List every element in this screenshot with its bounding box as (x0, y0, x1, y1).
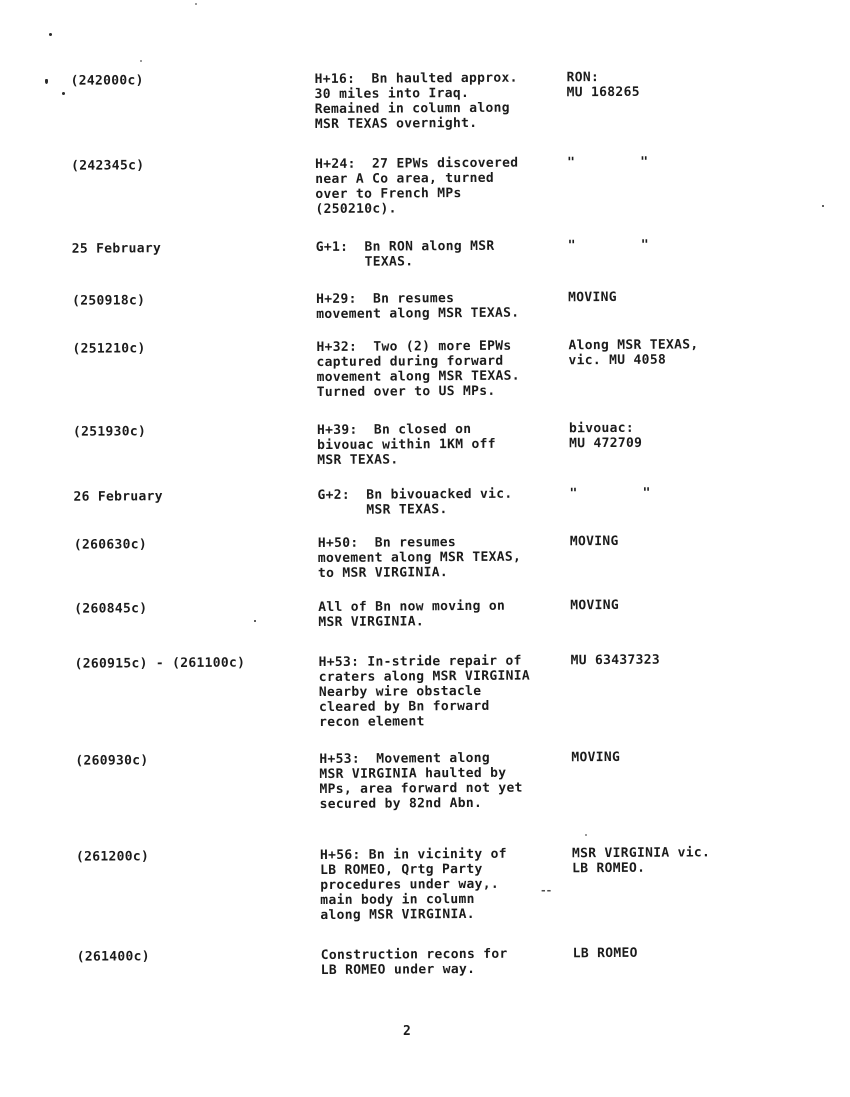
location-status: LB ROMEO (573, 946, 638, 961)
event-description-line: H+29: Bn resumes (316, 291, 519, 307)
event-description-line: along MSR VIRGINIA. (320, 907, 507, 923)
stray-pencil-mark: -- (540, 883, 551, 898)
location-status: MOVING (571, 750, 620, 765)
event-description-line: H+16: Bn haulted approx. (315, 71, 518, 87)
log-row: (260930c)H+53: Movement alongMSR VIRGINI… (5, 748, 850, 754)
event-description: H+39: Bn closed onbivouac within 1KM off… (317, 422, 496, 468)
location-status: Along MSR TEXAS,vic. MU 4058 (568, 337, 698, 368)
location-status: MOVING (568, 290, 617, 305)
event-description-line: to MSR VIRGINIA. (318, 565, 521, 581)
event-description-line: Construction recons for (321, 947, 508, 963)
timestamp-label: (260930c) (75, 753, 148, 769)
event-description-line: movement along MSR TEXAS, (318, 550, 521, 566)
location-status: " " (569, 486, 650, 502)
scan-speckle (62, 92, 65, 95)
location-status-line: MU 472709 (569, 436, 642, 452)
location-status-line: MOVING (571, 750, 620, 765)
event-description: H+32: Two (2) more EPWscaptured during f… (316, 339, 520, 400)
event-description-line: movement along MSR TEXAS. (317, 369, 520, 385)
timestamp-label: (260630c) (74, 537, 147, 553)
event-description-line: MSR VIRGINIA. (318, 614, 505, 630)
log-row: (260915c) - (261100c)H+53: In-stride rep… (5, 651, 850, 657)
location-status-line: LB ROMEO. (572, 860, 710, 876)
event-description-line: G+1: Bn RON along MSR (316, 239, 495, 255)
event-description: H+53: Movement alongMSR VIRGINIA haulted… (319, 751, 523, 812)
scan-speckle (195, 3, 197, 5)
event-description-line: H+50: Bn resumes (318, 535, 521, 551)
event-description-line: Turned over to US MPs. (317, 384, 520, 400)
log-row: (242345c)H+24: 27 EPWs discoverednear A … (1, 153, 850, 159)
scan-speckle (822, 205, 824, 207)
event-description-line: LB ROMEO under way. (321, 962, 508, 978)
location-status-line: MSR VIRGINIA vic. (572, 845, 710, 861)
timestamp-label: (260915c) - (261100c) (75, 656, 246, 672)
event-description-line: recon element (319, 714, 530, 730)
event-description-line: cleared by Bn forward (319, 699, 530, 715)
page-number: 2 (403, 1024, 411, 1039)
log-entries: (242000c)H+16: Bn haulted approx.30 mile… (0, 0, 850, 1097)
event-description-line: MSR VIRGINIA haulted by (319, 766, 522, 782)
event-description: H+56: Bn in vicinity ofLB ROMEO, Qrtg Pa… (320, 847, 507, 923)
location-status-line: MOVING (570, 534, 619, 549)
ditto-marks: " " (568, 238, 649, 254)
event-description-line: LB ROMEO, Qrtg Party (320, 862, 507, 878)
timestamp-label: (250918c) (72, 293, 145, 309)
event-description-line: H+39: Bn closed on (317, 422, 496, 438)
log-row: (261400c)Construction recons forLB ROMEO… (7, 944, 850, 950)
location-status-line: MU 168265 (567, 85, 640, 101)
location-status: RON:MU 168265 (566, 70, 639, 101)
log-row: 26 FebruaryG+2: Bn bivouacked vic. MSR T… (3, 484, 850, 490)
event-description-line: H+53: Movement along (319, 751, 522, 767)
timestamp-label: (251930c) (73, 424, 146, 440)
ditto-marks: " " (567, 155, 648, 171)
log-row: (261200c)H+56: Bn in vicinity ofLB ROMEO… (6, 844, 850, 850)
ditto-marks: " " (569, 486, 650, 502)
timestamp-label: (242345c) (71, 158, 144, 174)
location-status-line: vic. MU 4058 (568, 352, 698, 368)
timestamp-label: (261400c) (77, 949, 150, 965)
location-status-line: RON: (566, 70, 639, 86)
log-row: (260845c)All of Bn now moving onMSR VIRG… (4, 596, 850, 602)
event-description: G+1: Bn RON along MSR TEXAS. (316, 239, 495, 270)
log-row: (251930c)H+39: Bn closed onbivouac withi… (3, 419, 850, 425)
event-description-line: TEXAS. (316, 254, 495, 270)
event-description-line: craters along MSR VIRGINIA (319, 669, 530, 685)
event-description: G+2: Bn bivouacked vic. MSR TEXAS. (317, 487, 512, 518)
event-description-line: captured during forward (316, 354, 519, 370)
location-status: bivouac:MU 472709 (569, 421, 642, 452)
scan-speckle (254, 620, 256, 622)
location-status-line: MU 63437323 (571, 653, 661, 669)
event-description-line: MSR TEXAS. (317, 452, 496, 468)
event-description-line: All of Bn now moving on (318, 599, 505, 615)
timestamp-label: (260845c) (74, 601, 147, 617)
event-description-line: MSR TEXAS. (318, 502, 513, 518)
location-status: " " (567, 155, 648, 171)
event-description-line: (250210c). (315, 201, 518, 217)
event-description-line: H+53: In-stride repair of (319, 654, 530, 670)
timestamp-label: (261200c) (76, 849, 149, 865)
event-description-line: Nearby wire obstacle (319, 684, 530, 700)
scan-speckle (45, 79, 48, 84)
event-description-line: H+56: Bn in vicinity of (320, 847, 507, 863)
event-description-line: near A Co area, turned (315, 171, 518, 187)
event-description-line: over to French MPs (315, 186, 518, 202)
event-description: H+24: 27 EPWs discoverednear A Co area, … (315, 156, 519, 217)
log-row: (242000c)H+16: Bn haulted approx.30 mile… (1, 68, 850, 74)
event-description-line: procedures under way,. (320, 877, 507, 893)
scanned-log-page: (242000c)H+16: Bn haulted approx.30 mile… (0, 0, 850, 1097)
event-description: H+53: In-stride repair ofcraters along M… (319, 654, 531, 730)
timestamp-label: (242000c) (71, 73, 144, 89)
event-description-line: movement along MSR TEXAS. (316, 306, 519, 322)
event-description-line: main body in column (320, 892, 507, 908)
event-description-line: H+24: 27 EPWs discovered (315, 156, 518, 172)
event-description: Construction recons forLB ROMEO under wa… (321, 947, 508, 978)
log-row: (260630c)H+50: Bn resumesmovement along … (4, 532, 850, 538)
event-description: H+16: Bn haulted approx.30 miles into Ir… (315, 71, 519, 132)
log-row: (250918c)H+29: Bn resumesmovement along … (2, 288, 850, 294)
date-label: 26 February (73, 489, 163, 505)
event-description-line: MPs, area forward not yet (319, 781, 522, 797)
log-row: 25 FebruaryG+1: Bn RON along MSR TEXAS."… (2, 236, 850, 242)
scan-speckle (585, 834, 587, 836)
location-status: " " (568, 238, 649, 254)
location-status: MOVING (570, 534, 619, 549)
location-status: MOVING (570, 598, 619, 613)
event-description-line: 30 miles into Iraq. (315, 86, 518, 102)
location-status-line: Along MSR TEXAS, (568, 337, 698, 353)
event-description-line: bivouac within 1KM off (317, 437, 496, 453)
scan-speckle (49, 33, 52, 36)
location-status: MSR VIRGINIA vic.LB ROMEO. (572, 845, 710, 876)
event-description-line: H+32: Two (2) more EPWs (316, 339, 519, 355)
event-description-line: Remained in column along (315, 101, 518, 117)
event-description: H+29: Bn resumesmovement along MSR TEXAS… (316, 291, 519, 322)
location-status-line: LB ROMEO (573, 946, 638, 961)
location-status: MU 63437323 (571, 653, 661, 669)
event-description: All of Bn now moving onMSR VIRGINIA. (318, 599, 505, 630)
event-description: H+50: Bn resumesmovement along MSR TEXAS… (318, 535, 521, 581)
location-status-line: MOVING (570, 598, 619, 613)
location-status-line: MOVING (568, 290, 617, 305)
scan-speckle (140, 60, 142, 62)
event-description-line: G+2: Bn bivouacked vic. (317, 487, 512, 503)
event-description-line: secured by 82nd Abn. (320, 796, 523, 812)
log-row: (251210c)H+32: Two (2) more EPWscaptured… (2, 336, 850, 342)
event-description-line: MSR TEXAS overnight. (315, 116, 518, 132)
location-status-line: bivouac: (569, 421, 642, 437)
timestamp-label: (251210c) (72, 341, 145, 357)
date-label: 25 February (72, 241, 162, 257)
